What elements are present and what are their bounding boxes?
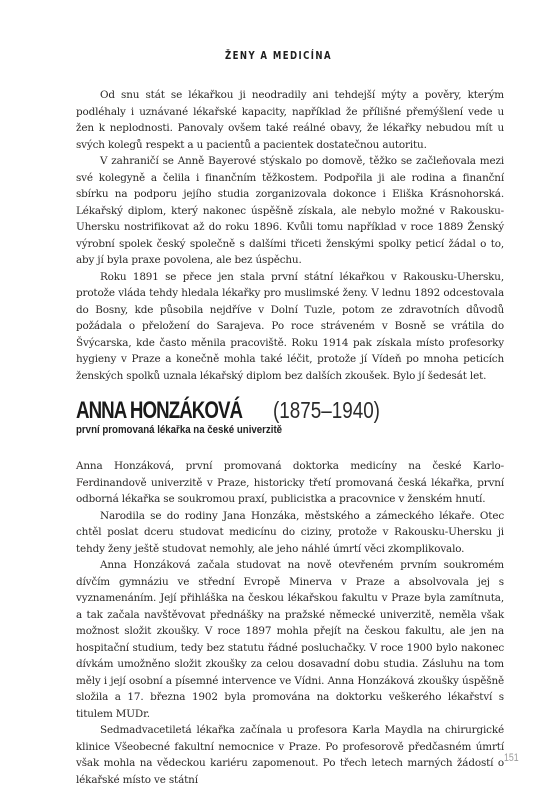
paragraph: Sedmadvacetiletá lékařka začínala u prof… xyxy=(76,722,504,788)
heading-years: (1875–1940) xyxy=(273,397,380,424)
heading-name: ANNA HONZÁKOVÁ xyxy=(76,397,242,425)
section-anna-honzakova-text: Anna Honzáková, první promovaná doktorka… xyxy=(76,458,504,788)
paragraph: Narodila se do rodiny Jana Honzáka, měst… xyxy=(76,508,504,558)
section-heading: ANNA HONZÁKOVÁ (1875–1940) xyxy=(76,397,403,425)
section-anna-bayerova-text: Od snu stát se lékařkou ji neodradily an… xyxy=(76,87,504,384)
paragraph: Anna Honzáková, první promovaná doktorka… xyxy=(76,458,504,508)
heading-subtitle: první promovaná lékařka na české univerz… xyxy=(76,424,282,436)
paragraph: V zahraničí se Anně Bayerové stýskalo po… xyxy=(76,153,504,269)
running-head: ŽENY A MEDICÍNA xyxy=(28,50,529,62)
paragraph: Anna Honzáková začala studovat na nově o… xyxy=(76,557,504,722)
page-number: 151 xyxy=(504,752,519,764)
paragraph: Roku 1891 se přece jen stala první státn… xyxy=(76,269,504,385)
paragraph: Od snu stát se lékařkou ji neodradily an… xyxy=(76,87,504,153)
book-page: ŽENY A MEDICÍNA Od snu stát se lékařkou … xyxy=(0,0,557,800)
